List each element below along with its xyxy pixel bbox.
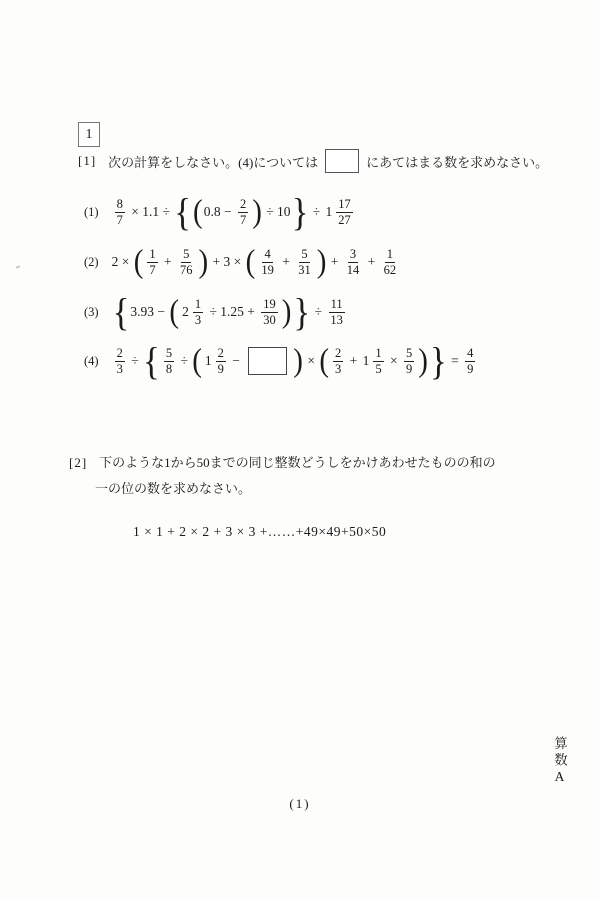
exam-page: 1 [1] 次の計算をしなさい。(4)については にあてはまる数を求めなさい。 … (0, 0, 600, 900)
math-text: ÷ (309, 204, 323, 220)
brace-delimiter: { (143, 341, 160, 380)
fraction: 23 (115, 346, 125, 377)
section2-instruction-line2: 一の位の数を求めなさい。 (95, 478, 251, 497)
paren-delimiter: ( (193, 196, 203, 228)
fraction-denominator: 7 (238, 213, 248, 228)
fraction-denominator: 5 (373, 362, 383, 377)
math-text: × (304, 353, 318, 369)
problem-row-1: (1) 87 × 1.1 ÷ {(0.8 − 27) ÷ 10} ÷ 11727 (84, 192, 356, 232)
fraction: 17 (147, 247, 157, 278)
problem-row-2: (2) 2 × (17 + 576) + 3 × (419 + 531) + 3… (84, 242, 401, 282)
paren-delimiter: ( (246, 246, 256, 278)
paren-delimiter: ( (169, 296, 179, 328)
problem-row-4: (4) 23 ÷ {58 ÷ (129 − ) × (23 + 115 × 59… (84, 341, 478, 381)
fraction-numerator: 11 (329, 297, 345, 313)
brace-delimiter: } (430, 341, 447, 380)
problem-1-label: (1) (84, 205, 99, 220)
math-text: + (161, 254, 175, 270)
mixed-number: 115 (361, 346, 387, 377)
fraction-numerator: 5 (299, 247, 309, 263)
fraction: 1113 (328, 297, 345, 328)
fraction-numerator: 4 (465, 346, 475, 362)
problem-3-label: (3) (84, 305, 99, 320)
fraction-numerator: 1 (385, 247, 395, 263)
math-text: 0.8 − (204, 204, 235, 220)
fraction-denominator: 13 (328, 313, 345, 328)
math-text: = (448, 353, 462, 369)
paren-delimiter: ( (134, 246, 144, 278)
fraction-denominator: 30 (261, 313, 278, 328)
paren-delimiter: ) (199, 246, 209, 278)
math-text: × 1.1 ÷ (128, 204, 173, 220)
math-text: 3.93 − (130, 304, 168, 320)
mixed-number: 11727 (324, 197, 356, 228)
paren-delimiter: ) (252, 196, 262, 228)
paren-delimiter: ) (317, 246, 327, 278)
fraction-numerator: 2 (333, 346, 343, 362)
fraction-denominator: 7 (115, 213, 125, 228)
math-text: ÷ (128, 353, 142, 369)
big-problem-number: 1 (86, 127, 93, 143)
math-text: ÷ 1.25 + (206, 304, 258, 320)
brace-delimiter: { (113, 292, 130, 331)
fraction-denominator: 8 (164, 362, 174, 377)
math-text: ÷ (177, 353, 191, 369)
problem-4-formula: 23 ÷ {58 ÷ (129 − ) × (23 + 115 × 59)} =… (112, 344, 479, 379)
fraction-denominator: 3 (115, 362, 125, 377)
fraction: 59 (404, 346, 414, 377)
fraction: 419 (259, 247, 276, 278)
math-text: × (387, 353, 401, 369)
math-text: ÷ (311, 304, 325, 320)
page-number: (1) (0, 796, 600, 812)
math-text: ÷ 10 (263, 204, 291, 220)
fraction: 87 (115, 197, 125, 228)
fraction: 49 (465, 346, 475, 377)
math-text: 2 × (112, 254, 133, 270)
section1-instruction-suffix: にあてはまる数を求めなさい。 (366, 152, 548, 171)
fraction: 13 (193, 297, 203, 328)
math-text: + 3 × (209, 254, 244, 270)
section2-instruction-line1: 下のような1から50までの同じ整数どうしをかけあわせたものの和の (99, 452, 496, 471)
mixed-whole-part: 2 (182, 304, 189, 320)
section1-instruction: [1] 次の計算をしなさい。(4)については にあてはまる数を求めなさい。 (78, 149, 548, 173)
fraction: 314 (345, 247, 362, 278)
fraction-numerator: 2 (216, 346, 226, 362)
fraction-denominator: 9 (216, 362, 226, 377)
fraction-numerator: 5 (181, 247, 191, 263)
fraction: 1727 (336, 197, 353, 228)
fraction-denominator: 3 (193, 313, 203, 328)
scan-speck (16, 265, 20, 268)
fraction-numerator: 1 (373, 346, 383, 362)
big-problem-number-box: 1 (78, 122, 100, 147)
fraction-denominator: 7 (147, 263, 157, 278)
fraction-numerator: 19 (261, 297, 278, 313)
math-text: + (346, 353, 360, 369)
instruction-blank-box (325, 149, 359, 173)
fraction-numerator: 1 (193, 297, 203, 313)
problem-2-label: (2) (84, 255, 99, 270)
section2-instruction: [2] 下のような1から50までの同じ整数どうしをかけあわせたものの和の (69, 452, 496, 471)
fraction-denominator: 9 (404, 362, 414, 377)
math-text: + (364, 254, 378, 270)
fraction: 162 (382, 247, 399, 278)
answer-blank-box (248, 347, 287, 375)
fraction: 29 (216, 346, 226, 377)
brace-delimiter: { (174, 192, 191, 231)
section2-expression: 1 × 1 + 2 × 2 + 3 × 3 +……+49×49+50×50 (133, 524, 386, 540)
paren-delimiter: ( (319, 345, 329, 377)
brace-delimiter: } (293, 292, 310, 331)
fraction-numerator: 5 (404, 346, 414, 362)
fraction-denominator: 3 (333, 362, 343, 377)
section2-label: [2] (69, 455, 87, 471)
fraction-numerator: 1 (147, 247, 157, 263)
fraction-denominator: 9 (465, 362, 475, 377)
problem-4-label: (4) (84, 354, 99, 369)
fraction-denominator: 19 (259, 263, 276, 278)
fraction-denominator: 76 (178, 263, 195, 278)
section1-instruction-prefix: 次の計算をしなさい。(4)については (108, 152, 318, 171)
fraction-denominator: 27 (336, 213, 353, 228)
mixed-whole-part: 1 (326, 204, 333, 220)
mixed-number: 129 (203, 346, 229, 377)
paren-delimiter: ( (192, 345, 202, 377)
mixed-number: 213 (180, 297, 206, 328)
fraction: 576 (178, 247, 195, 278)
mixed-whole-part: 1 (363, 353, 370, 369)
paren-delimiter: ) (282, 296, 292, 328)
fraction-numerator: 2 (115, 346, 125, 362)
brace-delimiter: } (292, 192, 309, 231)
fraction: 531 (296, 247, 313, 278)
fraction-denominator: 31 (296, 263, 313, 278)
problem-2-formula: 2 × (17 + 576) + 3 × (419 + 531) + 314 +… (112, 247, 402, 278)
mixed-whole-part: 1 (205, 353, 212, 369)
problem-row-3: (3) {3.93 − (213 ÷ 1.25 + 1930)} ÷ 1113 (84, 292, 348, 332)
math-text: + (279, 254, 293, 270)
fraction-numerator: 3 (348, 247, 358, 263)
fraction: 23 (333, 346, 343, 377)
fraction-numerator: 17 (336, 197, 353, 213)
fraction: 27 (238, 197, 248, 228)
problem-1-formula: 87 × 1.1 ÷ {(0.8 − 27) ÷ 10} ÷ 11727 (112, 195, 356, 230)
paren-delimiter: ) (293, 345, 303, 377)
fraction: 58 (164, 346, 174, 377)
fraction-numerator: 5 (164, 346, 174, 362)
fraction: 15 (373, 346, 383, 377)
fraction-numerator: 8 (115, 197, 125, 213)
fraction-denominator: 14 (345, 263, 362, 278)
fraction-numerator: 2 (238, 197, 248, 213)
fraction: 1930 (261, 297, 278, 328)
math-text: − (229, 353, 243, 369)
paren-delimiter: ) (418, 345, 428, 377)
problem-3-formula: {3.93 − (213 ÷ 1.25 + 1930)} ÷ 1113 (112, 295, 348, 330)
section1-label: [1] (78, 153, 96, 169)
subject-side-label: 算数A (549, 736, 569, 787)
math-text: + (327, 254, 341, 270)
fraction-numerator: 4 (262, 247, 272, 263)
fraction-denominator: 62 (382, 263, 399, 278)
